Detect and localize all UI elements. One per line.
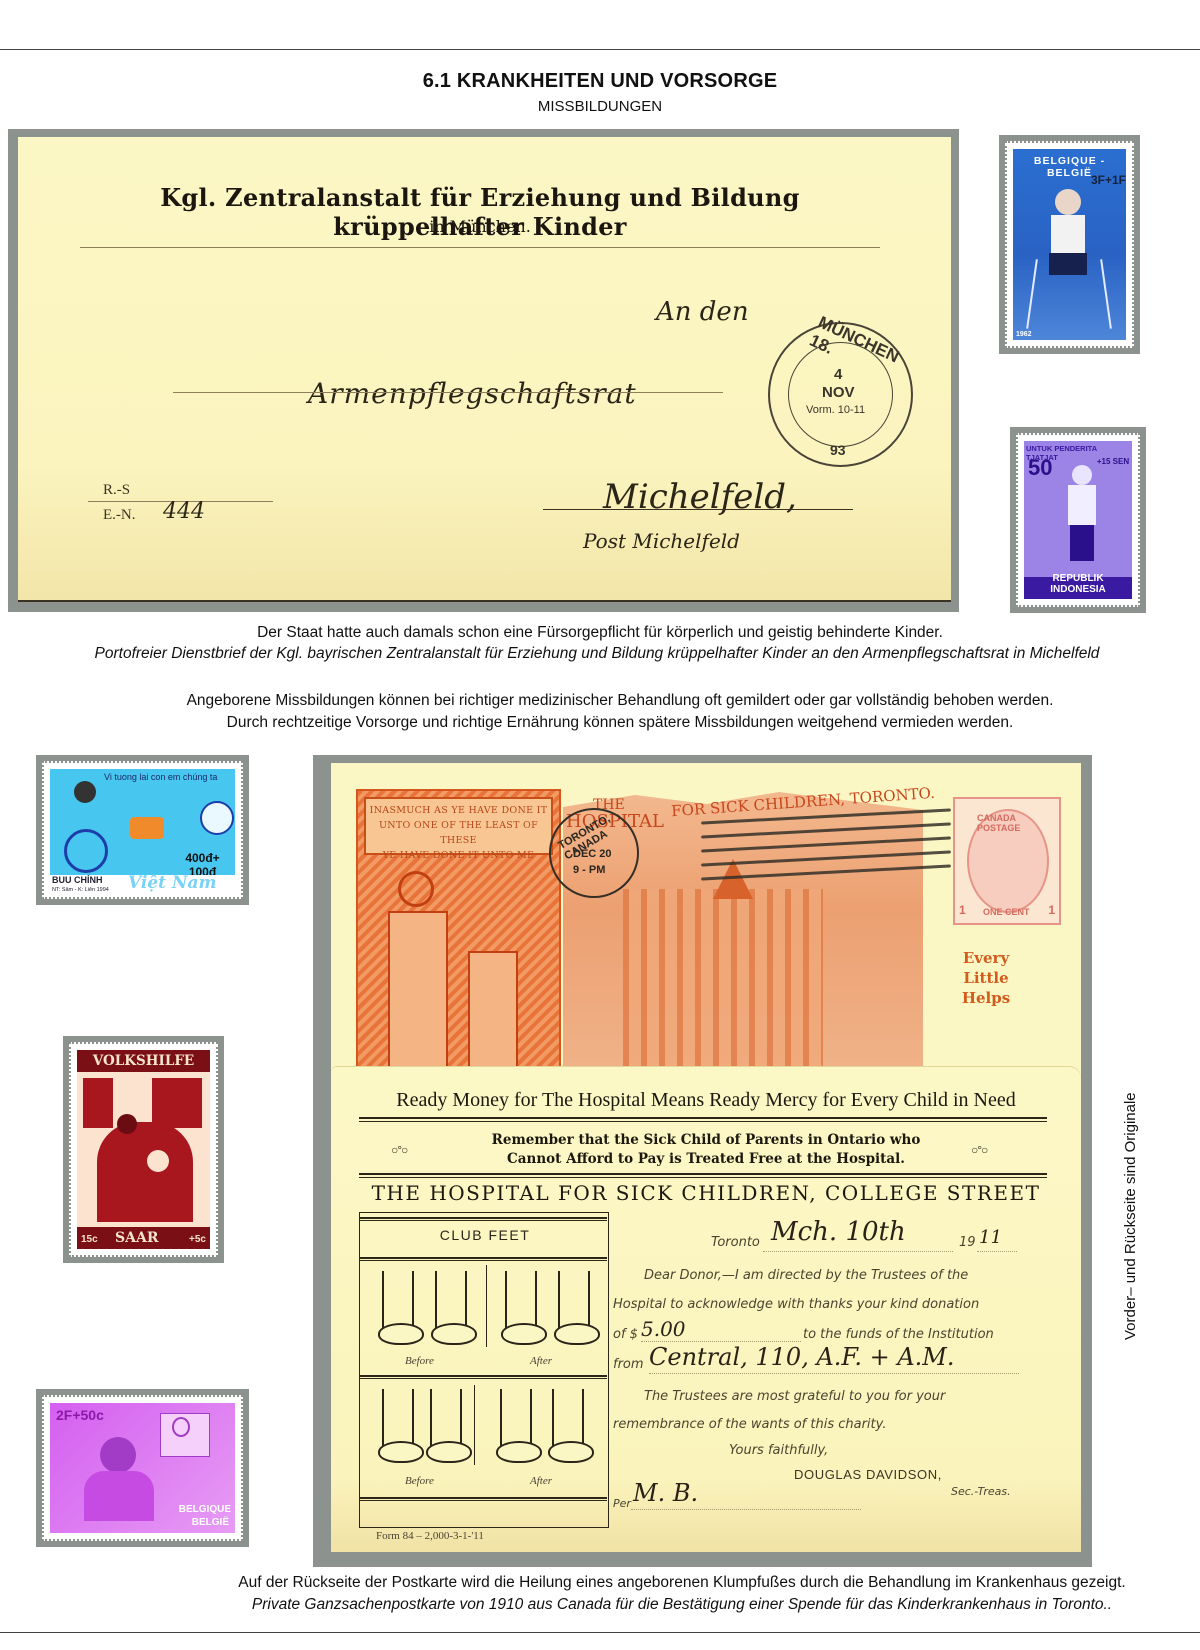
letter-from: from — [613, 1357, 644, 1372]
bible-quote: INASMUCH AS YE HAVE DONE IT UNTO ONE OF … — [364, 797, 553, 855]
child-shorts-shape — [1049, 253, 1087, 275]
label-before: Before — [405, 1355, 434, 1367]
stamp-country: Việt Nam — [128, 873, 216, 893]
caption-postcard: Auf der Rückseite der Postkarte wird die… — [82, 1574, 1200, 1592]
letter-signer-title: Sec.-Treas. — [951, 1485, 1011, 1498]
envelope-paper: Kgl. Zentralanstalt für Erziehung und Bi… — [18, 137, 951, 602]
postcard-back: Ready Money for The Hospital Means Ready… — [331, 1067, 1081, 1552]
caption-postcard-italic: Private Ganzsachenpostkarte von 1910 aus… — [82, 1596, 1200, 1614]
club-feet-panel: CLUB FEET Before After Before After — [359, 1212, 609, 1528]
stamp-country: REPUBLIK INDONESIA — [1024, 573, 1132, 595]
letter-closing: Yours faithfully, — [729, 1443, 828, 1458]
stamp-saar-volkshilfe: VOLKSHILFE 15c SAAR +5c — [63, 1036, 224, 1263]
child-head-shape — [1055, 189, 1081, 215]
foot-after-4 — [552, 1389, 584, 1459]
caption-cover1: Der Staat hatte auch damals schon eine F… — [0, 624, 1200, 642]
top-rule — [0, 49, 1200, 50]
page-subtitle: MISSBILDUNGEN — [0, 98, 1200, 115]
caption-intro-1: Angeborene Missbildungen können bei rich… — [20, 692, 1200, 710]
letter-year: 11 — [979, 1227, 1002, 1248]
stamp-credit: NT: Sâm - K: Liên 1994 — [52, 887, 109, 893]
stamp-vietnam-1994: Vi tuong lai con em chúng ta 400đ+ 100đ … — [36, 755, 249, 905]
letter-line-1: Dear Donor,—I am directed by the Trustee… — [644, 1268, 968, 1283]
letter-of: of $ — [613, 1327, 638, 1342]
bottom-rule — [0, 1632, 1200, 1633]
foot-after-3 — [500, 1389, 532, 1459]
letter-line-3: to the funds of the Institution — [803, 1327, 994, 1342]
label-after: After — [530, 1355, 552, 1367]
emblem — [200, 801, 234, 835]
card-headline: Ready Money for The Hospital Means Ready… — [331, 1089, 1081, 1112]
stamp-indonesia: UNTUK PENDERITA TJATJAT 50 +15 SEN REPUB… — [1010, 427, 1146, 613]
cover-official-letter: Kgl. Zentralanstalt für Erziehung und Bi… — [8, 129, 959, 612]
address-town: Michelfeld, — [603, 477, 797, 517]
page-title: 6.1 KRANKHEITEN UND VORSORGE — [0, 70, 1200, 93]
foot-before-2 — [435, 1271, 467, 1341]
letter-line-5: The Trustees are most grateful to you fo… — [644, 1389, 945, 1404]
envelope-heading-city: in München. — [80, 217, 880, 236]
heading-rule — [80, 247, 880, 248]
card-slogan: Every Little Helps — [931, 948, 1041, 1008]
stamp-surcharge: +15 SEN — [1096, 457, 1130, 466]
vertical-note: Vorder– und Rückseite sind Originale — [1122, 1092, 1139, 1340]
address-rule — [173, 392, 723, 393]
stamp-value-right: +5c — [189, 1234, 206, 1245]
letter-per-signature: M. B. — [633, 1479, 698, 1507]
stained-glass-illustration: INASMUCH AS YE HAVE DONE IT UNTO ONE OF … — [356, 789, 561, 1089]
imprinted-stamp-one-cent: CANADA POSTAGE ONE CENT 1 1 — [953, 797, 1061, 925]
ornament-right: ○°○ — [971, 1143, 987, 1157]
ref-en-value: 444 — [163, 499, 205, 524]
address-salutation: An den — [656, 297, 749, 327]
postmark-month: NOV — [822, 384, 855, 401]
form-number: Form 84 – 2,000-3-1-'11 — [376, 1530, 484, 1542]
stamp-value: 400đ+ 100đ — [170, 851, 235, 875]
child-shirt-shape — [1051, 215, 1085, 253]
letter-line-2: Hospital to acknowledge with thanks your… — [613, 1297, 979, 1312]
address-post: Post Michelfeld — [583, 529, 740, 553]
letter-place: Toronto — [711, 1235, 760, 1250]
stamp-slogan: Vi tuong lai con em chúng ta — [104, 772, 217, 782]
label-after-2: After — [530, 1475, 552, 1487]
foot-before-3 — [382, 1389, 414, 1459]
stamp-value-left: 15c — [81, 1234, 98, 1245]
postmark-munich: MÜNCHEN 18. 4 NOV Vorm. 10-11 93 — [768, 322, 913, 467]
wheelchair-wheel — [64, 829, 108, 873]
stamp-country-nl: BELGIË — [192, 1517, 229, 1528]
letter-donor: Central, 110, A.F. + A.M. — [649, 1343, 954, 1371]
letter-signer: DOUGLAS DAVIDSON, — [794, 1467, 942, 1482]
label-before-2: Before — [405, 1475, 434, 1487]
club-feet-title: CLUB FEET — [360, 1227, 610, 1243]
foot-after-1 — [505, 1271, 537, 1341]
stamp-year: 1962 — [1016, 331, 1032, 338]
postmark-time: Vorm. 10-11 — [806, 404, 865, 416]
postcard-front: INASMUCH AS YE HAVE DONE IT UNTO ONE OF … — [331, 763, 1081, 1091]
letter-year-prefix: 19 — [959, 1235, 976, 1250]
address-recipient: Armenpflegschaftsrat — [308, 377, 637, 410]
stamp-postal: BUU CHÍNH — [52, 875, 103, 885]
letter-line-6: remembrance of the wants of this charity… — [613, 1417, 886, 1432]
postcard-hospital-toronto: INASMUCH AS YE HAVE DONE IT UNTO ONE OF … — [313, 755, 1092, 1567]
card-hospital-heading: THE HOSPITAL FOR SICK CHILDREN, COLLEGE … — [331, 1181, 1081, 1205]
stamp-top-text: VOLKSHILFE — [77, 1053, 210, 1069]
foot-before-1 — [382, 1271, 414, 1341]
stamp-value: 2F+50c — [56, 1407, 104, 1423]
card-remember-text: Remember that the Sick Child of Parents … — [331, 1131, 1081, 1169]
foot-before-4 — [430, 1389, 462, 1459]
cancel-postmark-toronto: TORONTO, CANADA DEC 20 9 - PM — [549, 808, 639, 898]
caption-cover1-italic: Portofreier Dienstbrief der Kgl. bayrisc… — [0, 645, 1197, 663]
postmark-day: 4 — [834, 366, 842, 383]
caption-intro-2: Durch rechtzeitige Vorsorge und richtige… — [20, 714, 1200, 732]
stamp-country-fr: BELGIQUE — [179, 1504, 231, 1515]
stamp-country: SAAR — [115, 1230, 158, 1246]
stamp-value: 3F+1F — [1091, 173, 1126, 187]
foot-after-2 — [558, 1271, 590, 1341]
ref-en-label: E.-N. — [103, 507, 136, 524]
stamp-belgium-2f50: 2F+50c BELGIQUE BELGIË — [36, 1389, 249, 1547]
letter-per-label: Per — [613, 1497, 631, 1510]
postmark-year: 93 — [830, 442, 846, 458]
letter-amount: 5.00 — [641, 1317, 686, 1341]
letter-date: Mch. 10th — [771, 1217, 906, 1247]
ref-rs: R.-S — [103, 482, 130, 499]
stamp-value: 50 — [1028, 455, 1052, 481]
town-underline — [543, 509, 853, 510]
stamp-belgium-1962: BELGIQUE - BELGIË 3F+1F 1962 — [999, 135, 1140, 354]
